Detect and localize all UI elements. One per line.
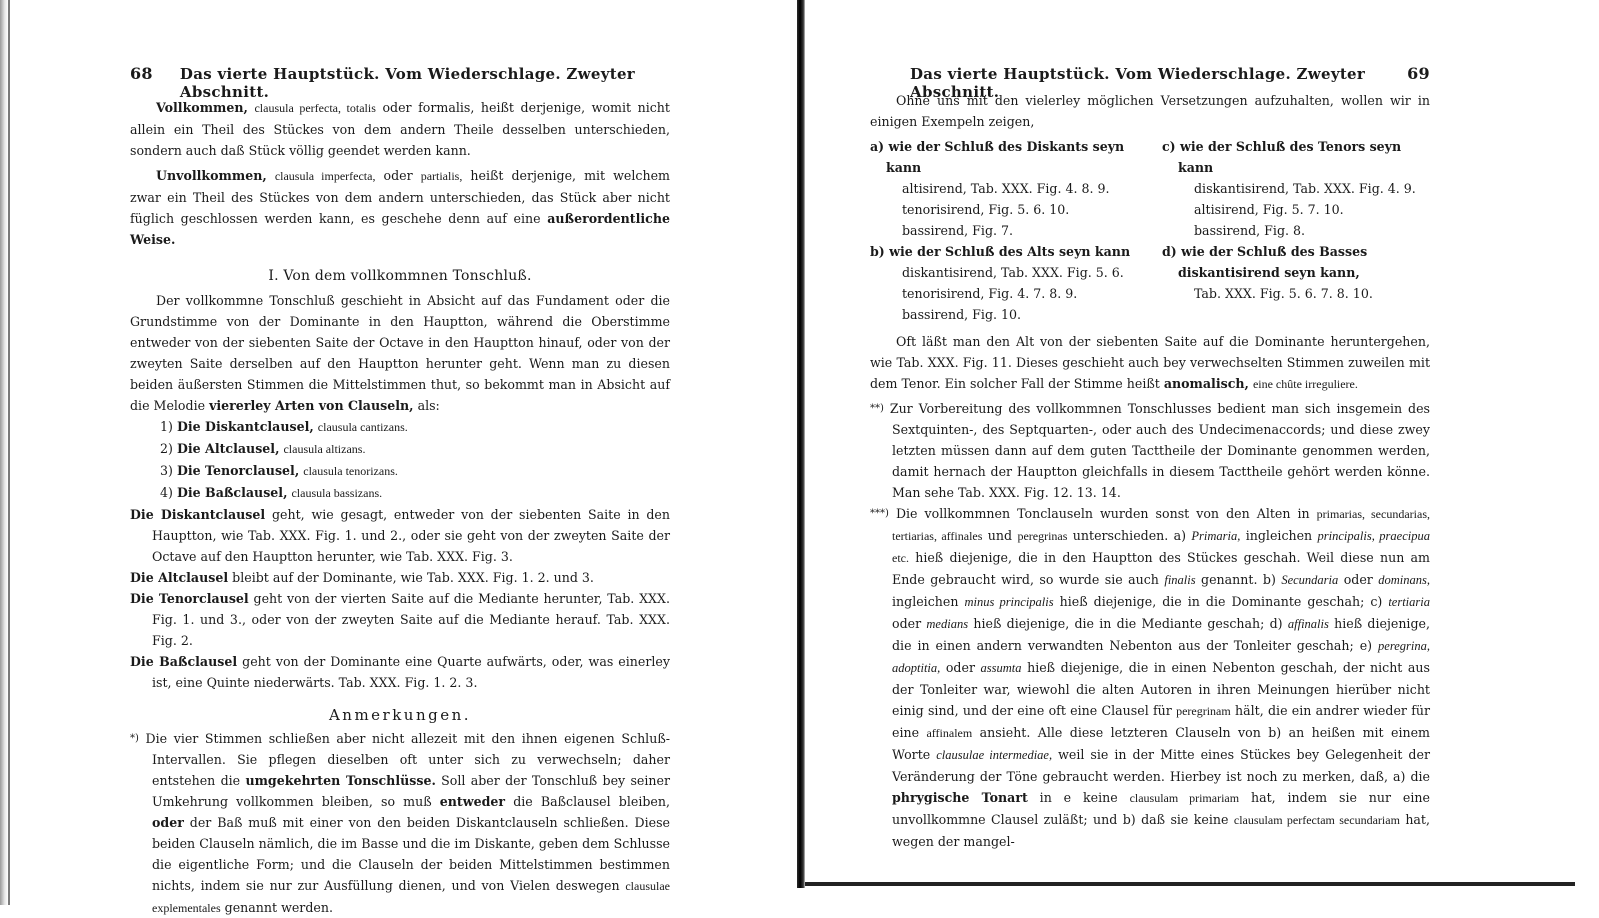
note-text: unterschieden. a) xyxy=(1073,528,1186,543)
left-page-body: Vollkommen, clausula perfecta, totalis o… xyxy=(130,97,670,918)
note-text: ingleichen xyxy=(892,594,958,609)
note-text: hieß diejenige, die in die Dominante ges… xyxy=(1060,594,1383,609)
latin-term: clausula tenorizans. xyxy=(303,464,398,478)
italic-term: tertiaria xyxy=(1388,595,1430,609)
term: Unvollkommen, xyxy=(156,168,267,183)
emphasis: entweder xyxy=(440,794,505,809)
list-number: 1) xyxy=(160,419,173,434)
note-text: Zur Vorbereitung des vollkommnen Tonschl… xyxy=(890,401,1430,500)
term: Vollkommen, xyxy=(156,100,248,115)
example-entry: altisirend, Tab. XXX. Fig. 4. 8. 9. xyxy=(870,178,1138,199)
emphasis: oder xyxy=(152,815,184,830)
note-text: die Baßclausel bleiben, xyxy=(513,794,670,809)
example-column-right: c) wie der Schluß des Tenors seyn kann d… xyxy=(1162,136,1430,325)
note-text: hieß diejenige, die in die Mediante gesc… xyxy=(973,616,1282,631)
example-entry: bassirend, Fig. 8. xyxy=(1162,220,1430,241)
italic-term: finalis xyxy=(1164,573,1195,587)
page-number: 69 xyxy=(1407,64,1430,83)
latin-term: clausula altizans. xyxy=(283,442,365,456)
clause-name: Die Tenorclausel, xyxy=(177,463,299,478)
example-case: d) wie der Schluß des Basses diskantisir… xyxy=(1162,241,1430,283)
description-item: Die Baßclausel geht von der Dominante ei… xyxy=(130,651,670,693)
example-entry: tenorisirend, Fig. 4. 7. 8. 9. xyxy=(870,283,1138,304)
book-spread: 68 Das vierte Hauptstück. Vom Wiederschl… xyxy=(0,0,1599,918)
italic-term: clausulae intermediae, xyxy=(936,748,1052,762)
note-text: oder xyxy=(1344,572,1373,587)
example-entry: diskantisirend, Tab. XXX. Fig. 4. 9. xyxy=(1162,178,1430,199)
note-text: oder xyxy=(946,660,975,675)
running-head: 68 Das vierte Hauptstück. Vom Wiederschl… xyxy=(130,64,670,101)
note-text: ingleichen xyxy=(1246,528,1312,543)
description-item: Die Tenorclausel geht von der vierten Sa… xyxy=(130,588,670,651)
emphasis: umgekehrten Tonschlüsse. xyxy=(245,773,435,788)
latin-term: clausula bassizans. xyxy=(291,486,382,500)
clause-name: Die Altclausel, xyxy=(177,441,280,456)
latin-term: clausula cantizans. xyxy=(318,420,408,434)
description-text: bleibt auf der Dominante, wie Tab. XXX. … xyxy=(232,570,594,585)
paragraph-alt: Oft läßt man den Alt von der siebenten S… xyxy=(870,331,1430,395)
example-entry: bassirend, Fig. 7. xyxy=(870,220,1138,241)
example-entry: tenorisirend, Fig. 5. 6. 10. xyxy=(870,199,1138,220)
latin-term: peregrinam xyxy=(1176,704,1231,718)
example-entry: bassirend, Fig. 10. xyxy=(870,304,1138,325)
example-column-left: a) wie der Schluß des Diskants seyn kann… xyxy=(870,136,1138,325)
example-entry: Tab. XXX. Fig. 5. 6. 7. 8. 10. xyxy=(1162,283,1430,304)
example-entry: altisirend, Fig. 5. 7. 10. xyxy=(1162,199,1430,220)
footnote-marker: ***) xyxy=(870,508,889,519)
paragraph-text: oder xyxy=(384,168,413,183)
description-item: Die Altclausel bleibt auf der Dominante,… xyxy=(130,567,670,588)
note-text: genannt. b) xyxy=(1201,572,1276,587)
clause-descriptions: Die Diskantclausel geht, wie gesagt, ent… xyxy=(130,504,670,693)
list-item: 1) Die Diskantclausel, clausula cantizan… xyxy=(130,416,670,438)
page-number: 68 xyxy=(130,64,180,83)
clause-name: Die Baßclausel, xyxy=(177,485,288,500)
italic-term: assumta xyxy=(981,661,1022,675)
list-item: 3) Die Tenorclausel, clausula tenorizans… xyxy=(130,460,670,482)
italic-term: dominans, xyxy=(1378,573,1430,587)
emphasis: viererley Arten von Clauseln, xyxy=(209,398,413,413)
section-heading: I. Von dem vollkommnen Tonschluß. xyxy=(130,266,670,287)
page-edge xyxy=(0,0,10,905)
italic-term: medians xyxy=(926,617,968,631)
example-columns: a) wie der Schluß des Diskants seyn kann… xyxy=(870,136,1430,325)
latin-term: clausula imperfecta, xyxy=(275,169,376,183)
description-item: Die Diskantclausel geht, wie gesagt, ent… xyxy=(130,504,670,567)
latin-term: etc. xyxy=(892,551,909,565)
example-case: b) wie der Schluß des Alts seyn kann xyxy=(870,241,1138,262)
latin-term: peregrinas xyxy=(1017,529,1067,543)
footnote: *) Die vier Stimmen schließen aber nicht… xyxy=(130,728,670,918)
note-text: oder xyxy=(892,616,921,631)
latin-term: partialis, xyxy=(421,169,463,183)
page-bottom-edge xyxy=(805,882,1575,886)
book-gutter xyxy=(797,0,805,888)
list-item: 4) Die Baßclausel, clausula bassizans. xyxy=(130,482,670,504)
note-text: in e keine xyxy=(1040,790,1118,805)
description-lead: Die Altclausel xyxy=(130,570,228,585)
paragraph-vollkommen: Vollkommen, clausula perfecta, totalis o… xyxy=(130,97,670,161)
emphasis: anomalisch, xyxy=(1164,376,1249,391)
list-number: 3) xyxy=(160,463,173,478)
description-lead: Die Baßclausel xyxy=(130,654,237,669)
italic-term: affinalis xyxy=(1288,617,1329,631)
footnote: ***) Die vollkommnen Tonclauseln wurden … xyxy=(870,503,1430,852)
example-entry: diskantisirend, Tab. XXX. Fig. 5. 6. xyxy=(870,262,1138,283)
running-head-text: Das vierte Hauptstück. Vom Wiederschlage… xyxy=(180,65,670,101)
section-paragraph: Der vollkommne Tonschluß geschieht in Ab… xyxy=(130,290,670,416)
note-text: und xyxy=(988,528,1012,543)
notes-heading: Anmerkungen. xyxy=(130,705,670,726)
italic-term: principalis, praecipua xyxy=(1318,529,1430,543)
footnote-marker: **) xyxy=(870,403,884,414)
list-item: 2) Die Altclausel, clausula altizans. xyxy=(130,438,670,460)
paragraph-text: Der vollkommne Tonschluß geschieht in Ab… xyxy=(130,293,670,413)
italic-term: Primaria, xyxy=(1191,529,1240,543)
latin-term: clausulam primariam xyxy=(1130,791,1240,805)
latin-term: affinalem xyxy=(926,726,972,740)
right-page-body: Ohne uns mit den vielerley möglichen Ver… xyxy=(870,90,1430,852)
description-lead: Die Tenorclausel xyxy=(130,591,249,606)
list-number: 2) xyxy=(160,441,173,456)
paragraph-unvollkommen: Unvollkommen, clausula imperfecta, oder … xyxy=(130,165,670,250)
latin-term: clausulam perfectam secundariam xyxy=(1234,813,1400,827)
footnote: **) Zur Vorbereitung des vollkommnen Ton… xyxy=(870,398,1430,503)
clause-name: Die Diskantclausel, xyxy=(177,419,314,434)
example-case: a) wie der Schluß des Diskants seyn kann xyxy=(870,136,1138,178)
italic-term: Secundaria xyxy=(1281,573,1338,587)
latin-term: eine chûte irreguliere. xyxy=(1253,377,1358,391)
description-lead: Die Diskantclausel xyxy=(130,507,265,522)
example-case: c) wie der Schluß des Tenors seyn kann xyxy=(1162,136,1430,178)
paragraph-text: als: xyxy=(418,398,440,413)
list-number: 4) xyxy=(160,485,173,500)
note-text: genannt werden. xyxy=(225,900,333,915)
italic-term: minus principalis xyxy=(964,595,1053,609)
emphasis: phrygische Tonart xyxy=(892,790,1028,805)
latin-term: clausula perfecta, totalis xyxy=(254,101,375,115)
intro-paragraph: Ohne uns mit den vielerley möglichen Ver… xyxy=(870,90,1430,132)
clause-list: 1) Die Diskantclausel, clausula cantizan… xyxy=(130,416,670,504)
note-text: der Baß muß mit einer von den beiden Dis… xyxy=(152,815,670,893)
note-text: Die vollkommnen Tonclauseln wurden sonst… xyxy=(896,506,1310,521)
footnote-marker: *) xyxy=(130,733,139,744)
